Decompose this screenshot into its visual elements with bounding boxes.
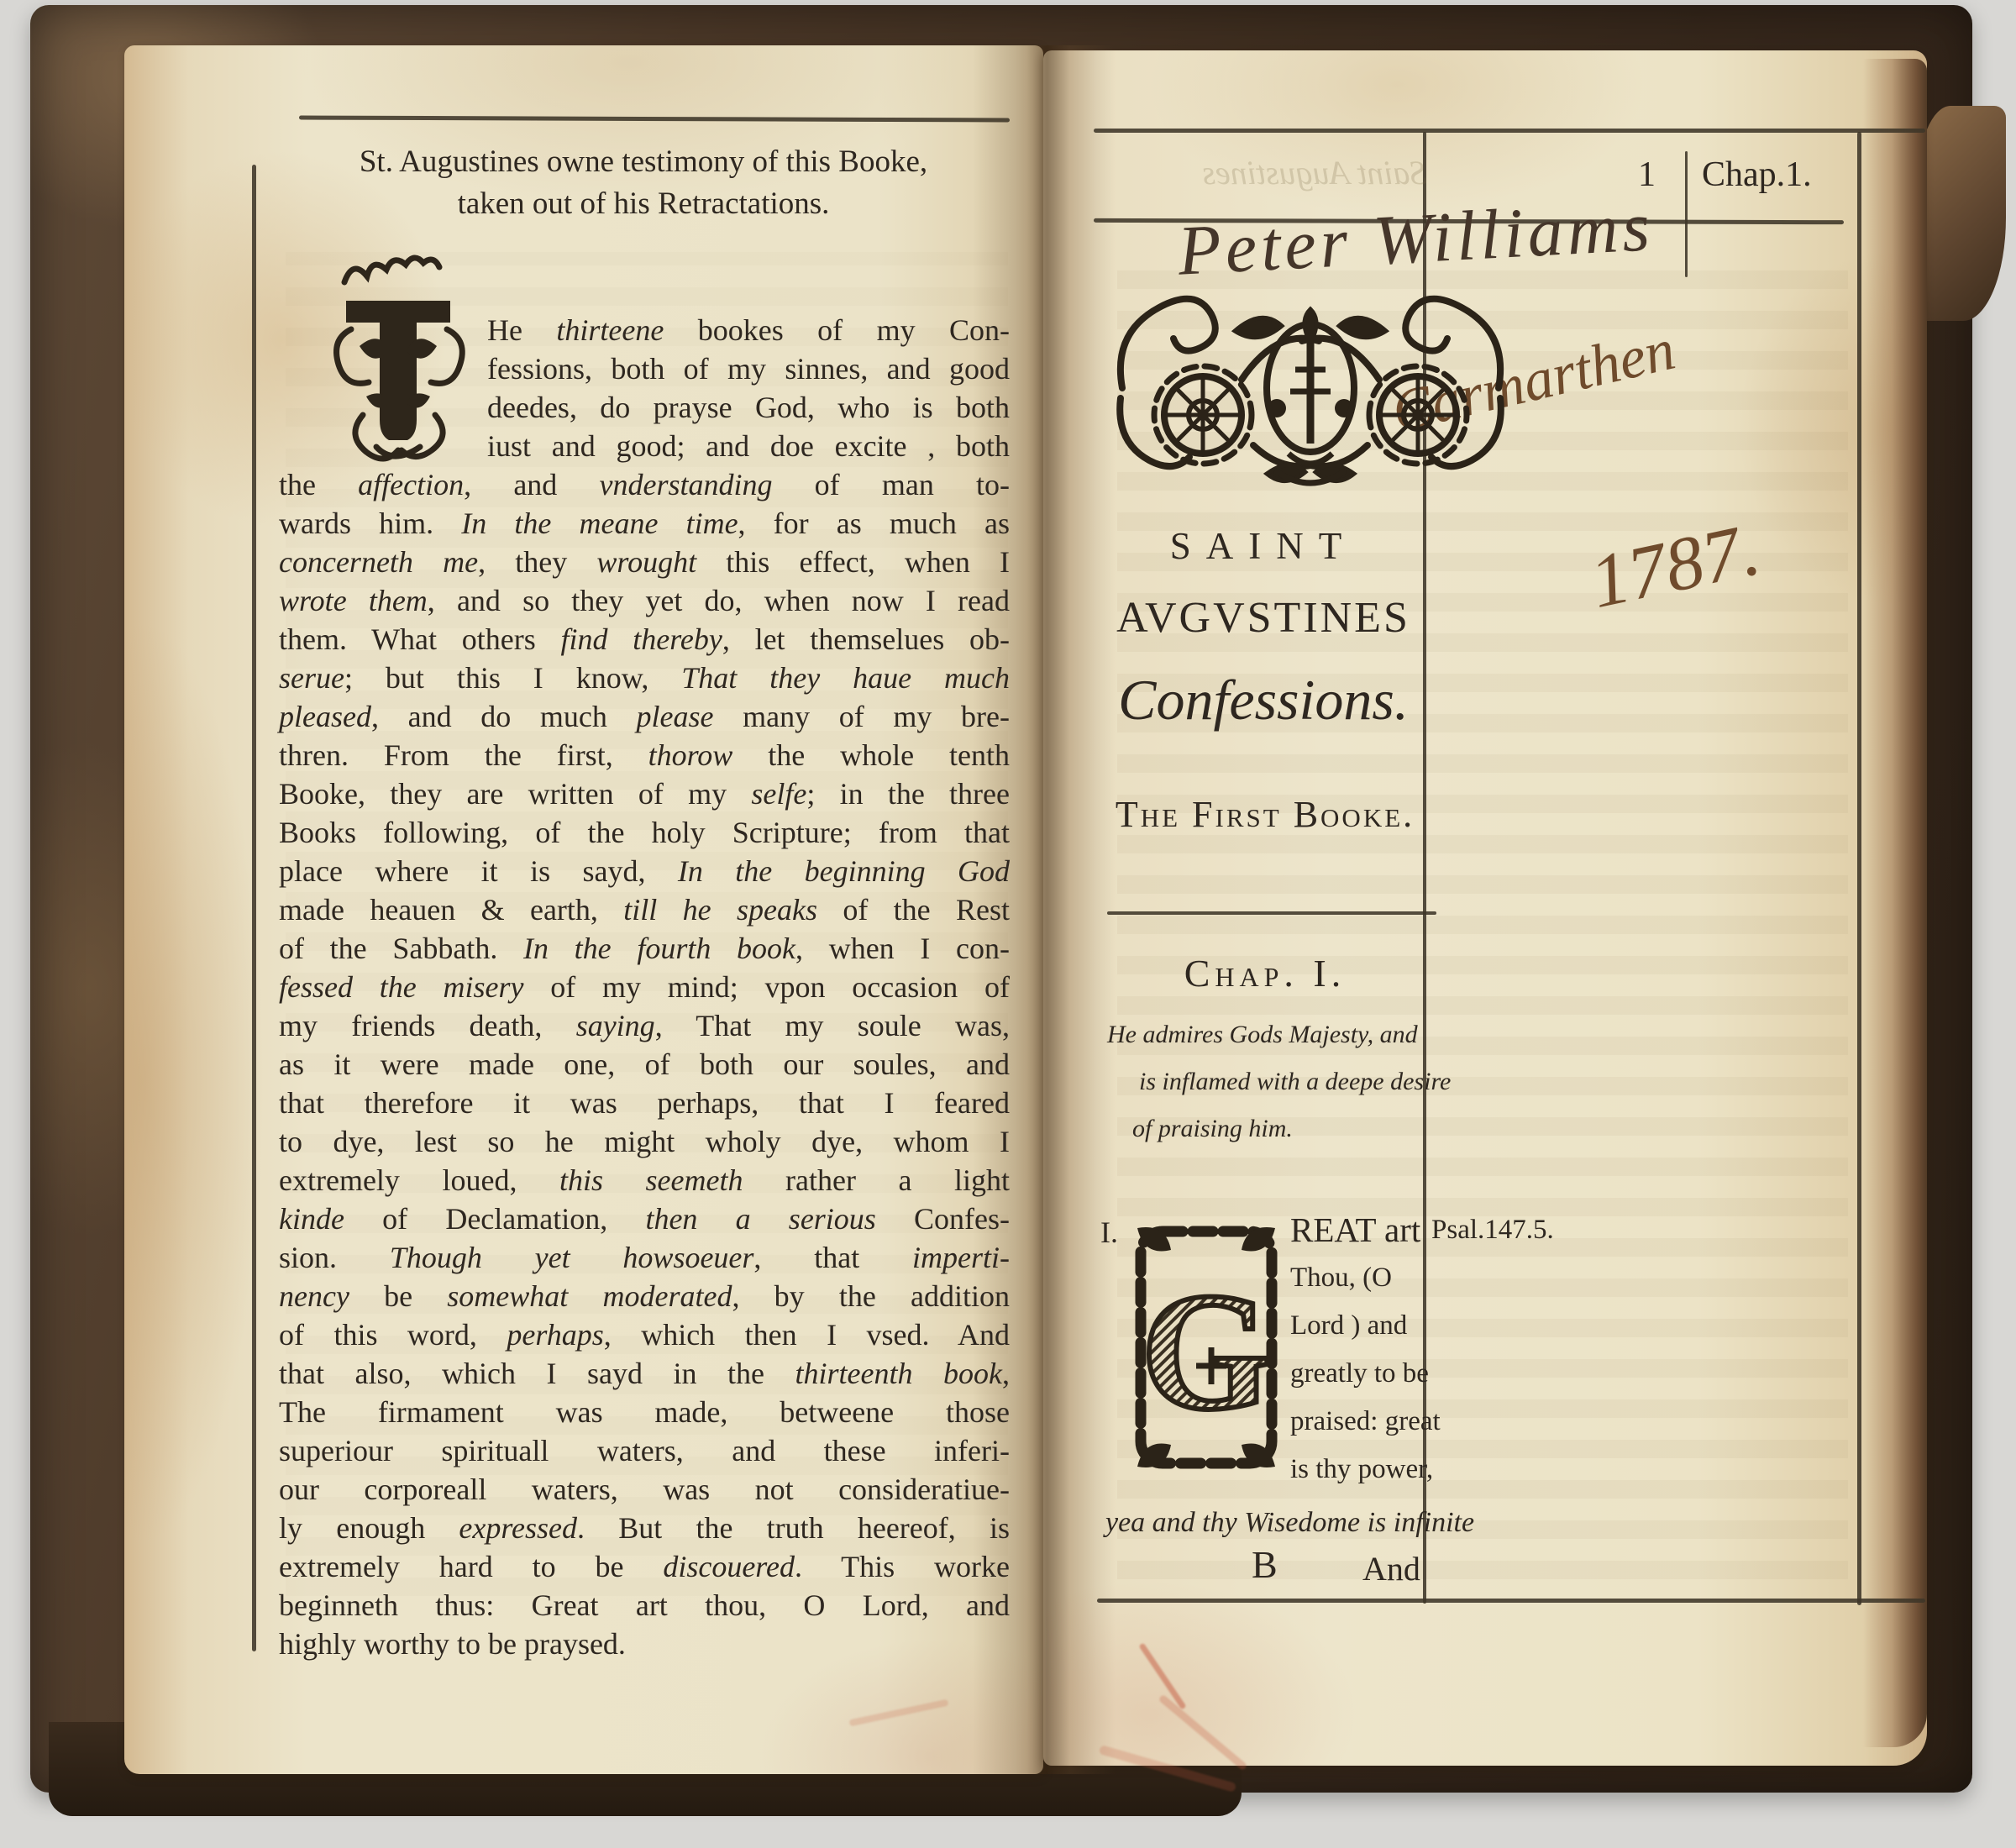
text-line: wrote them, and so they yet do, when now… xyxy=(279,581,1010,620)
text-line: Lord ) and xyxy=(1290,1302,1431,1350)
text-line: REAT art xyxy=(1290,1206,1431,1254)
signature-mark: B xyxy=(1252,1542,1278,1587)
woodcut-headpiece-ornament-icon xyxy=(1109,281,1512,497)
verse-number: I. xyxy=(1100,1215,1118,1250)
text-line: is thy power, xyxy=(1290,1446,1431,1494)
text-line: our corporeall waters, was not considera… xyxy=(279,1470,1010,1509)
left-page-text: He thirteene bookes of my Con-fessions, … xyxy=(279,311,1010,1663)
text-line: nency be somewhat moderated, by the addi… xyxy=(279,1277,1010,1315)
text-line: concerneth me, they wrought this effect,… xyxy=(279,543,1010,581)
summary-line: is inflamed with a deepe desire xyxy=(1107,1058,1441,1105)
text-line: fessed the misery of my mind; vpon occas… xyxy=(279,968,1010,1006)
chapter-heading: Chap. I. xyxy=(1096,951,1434,995)
text-line: ly enough expressed. But the truth heere… xyxy=(279,1509,1010,1547)
text-line: wards him. In the meane time, for as muc… xyxy=(279,504,1010,543)
text-line: kinde of Declamation, then a serious Con… xyxy=(279,1200,1010,1238)
summary-line: of praising him. xyxy=(1107,1105,1441,1152)
woodcut-initial-G-icon: G xyxy=(1131,1221,1282,1473)
heading-line: St. Augustines owne testimony of this Bo… xyxy=(277,141,1010,183)
catchword: And xyxy=(1362,1549,1420,1588)
text-line: deedes, do prayse God, who is both xyxy=(279,388,1010,427)
text-line: He thirteene bookes of my Con- xyxy=(279,311,1010,349)
text-line: that therefore it was perhaps, that I fe… xyxy=(279,1084,1010,1122)
text-line: as it were made one, of both our soules,… xyxy=(279,1045,1010,1084)
text-line: that also, which I sayd in the thirteent… xyxy=(279,1354,1010,1393)
title-saint: SAINT xyxy=(1096,524,1431,568)
text-line: them. What others find thereby, let them… xyxy=(279,620,1010,659)
left-page-left-rule xyxy=(252,165,256,1651)
chapter-text-line: yea and thy Wisedome is infinite xyxy=(1105,1507,1426,1539)
text-line: beginneth thus: Great art thou, O Lord, … xyxy=(279,1586,1010,1625)
text-line: extremely hard to be discouered. This wo… xyxy=(279,1547,1010,1586)
text-line: the affection, and vnderstanding of man … xyxy=(279,465,1010,504)
left-page-heading: St. Augustines owne testimony of this Bo… xyxy=(277,141,1010,225)
text-line: extremely loued, this seemeth rather a l… xyxy=(279,1161,1010,1200)
text-line: Booke, they are written of my selfe; in … xyxy=(279,774,1010,813)
chapter-rule xyxy=(1107,911,1436,915)
text-line: sion. Though yet howsoeuer, that imperti… xyxy=(279,1238,1010,1277)
right-page-outer-margin-rule xyxy=(1857,132,1861,1605)
text-line: The firmament was made, betweene those xyxy=(279,1393,1010,1431)
title-augustines: AVGVSTINES xyxy=(1095,593,1432,643)
text-line: greatly to be xyxy=(1290,1350,1431,1398)
right-page-bottom-rule xyxy=(1097,1599,1925,1603)
running-head-chapter: Chap.1. xyxy=(1702,155,1812,195)
summary-line: He admires Gods Majesty, and xyxy=(1107,1011,1441,1058)
svg-text:G: G xyxy=(1141,1259,1272,1445)
text-line: Books following, of the holy Scripture; … xyxy=(279,813,1010,852)
text-line: my friends death, saying, That my soule … xyxy=(279,1006,1010,1045)
text-line: iust and good; and doe excite , both xyxy=(279,427,1010,465)
text-line: praised: great xyxy=(1290,1398,1431,1446)
text-line: of the Sabbath. In the fourth book, when… xyxy=(279,929,1010,968)
text-line: serue; but this I know, That they haue m… xyxy=(279,659,1010,697)
text-line: Thou, (O xyxy=(1290,1254,1431,1302)
text-line: to dye, lest so he might wholy dye, whom… xyxy=(279,1122,1010,1161)
page-fore-edge xyxy=(1863,59,1927,1747)
text-line: place where it is sayd, In the beginning… xyxy=(279,852,1010,890)
chapter-opening-text: REAT artThou, (OLord ) andgreatly to bep… xyxy=(1290,1206,1431,1494)
worn-leather-corner xyxy=(1917,106,2006,321)
heading-line: taken out of his Retractations. xyxy=(277,183,1010,225)
text-line: of this word, perhaps, which then I vsed… xyxy=(279,1315,1010,1354)
right-page-top-rule xyxy=(1094,129,1925,133)
text-line: superiour spirituall waters, and these i… xyxy=(279,1431,1010,1470)
photo-of-open-book: St. Augustines owne testimony of this Bo… xyxy=(0,0,2016,1848)
text-line: thren. From the first, thorow the whole … xyxy=(279,736,1010,774)
margin-scripture-note: Psal.147.5. xyxy=(1431,1215,1554,1246)
text-line: pleased, and do much please many of my b… xyxy=(279,697,1010,736)
chapter-summary: He admires Gods Majesty, andis inflamed … xyxy=(1107,1011,1441,1152)
text-line: highly worthy to be praysed. xyxy=(279,1625,1010,1663)
text-line: fessions, both of my sinnes, and good xyxy=(279,349,1010,388)
text-line: made heauen & earth, till he speaks of t… xyxy=(279,890,1010,929)
show-through-running-head: Saint Augustines xyxy=(1176,153,1453,192)
title-first-booke: The First Booke. xyxy=(1096,793,1434,836)
title-confessions: Confessions. xyxy=(1096,667,1431,733)
